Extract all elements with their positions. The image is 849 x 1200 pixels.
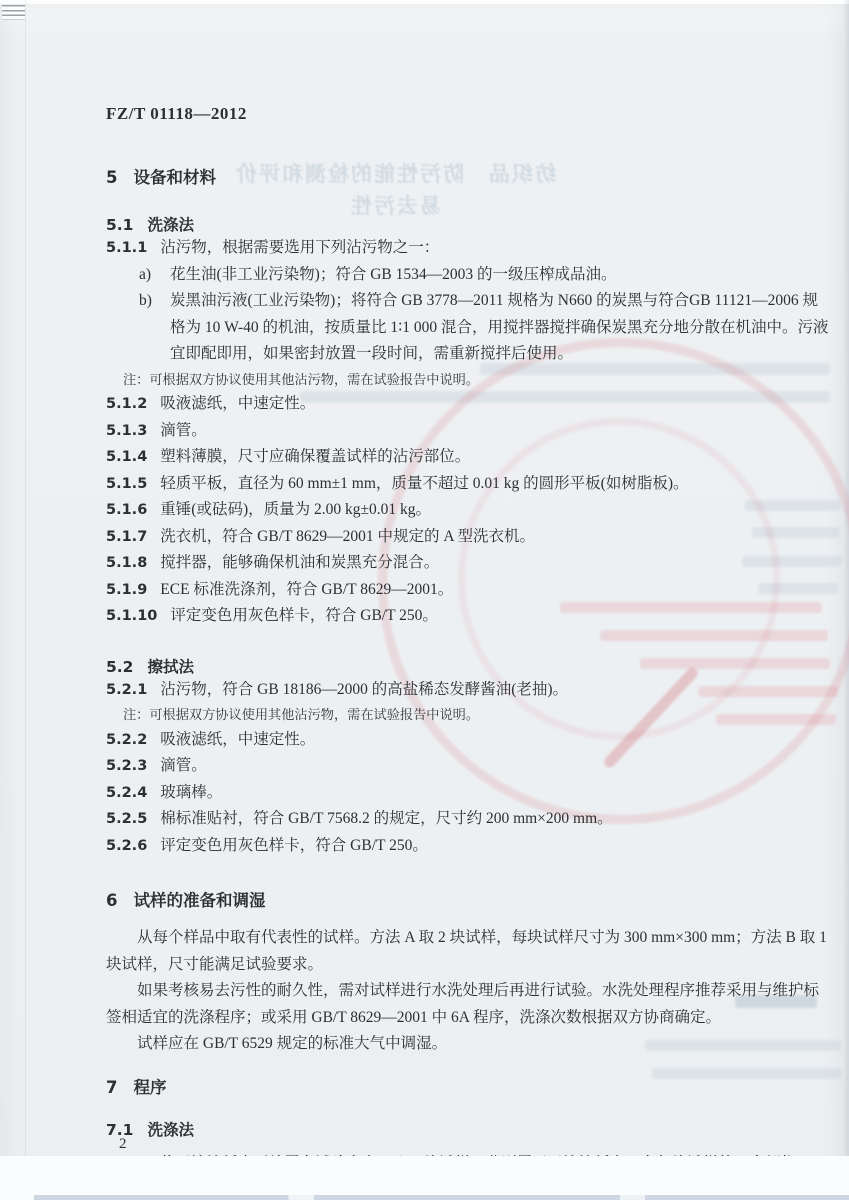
clause-5-2-3: 5.2.3滴管。 (106, 753, 832, 780)
clause-5-1-6: 5.1.6重锤(或砝码)，质量为 2.00 kg±0.01 kg。 (106, 497, 832, 524)
list-text: 炭黑油污液(工业污染物)；将符合 GB 3778—2011 规格为 N660 的… (170, 292, 828, 362)
clause-number: 5.2.6 (106, 838, 147, 854)
paper-crease-line (25, 0, 26, 1160)
clause-number: 5.1.9 (106, 582, 147, 598)
clause-text: 棉标准贴衬，符合 GB/T 7568.2 的规定，尺寸约 200 mm×200 … (160, 810, 612, 827)
section-6-paragraph: 试样应在 GB/T 6529 规定的标准大气中调湿。 (106, 1031, 832, 1058)
section-6-heading: 6试样的准备和调湿 (106, 887, 832, 911)
section-number: 5 (106, 168, 117, 187)
section-title: 程序 (133, 1078, 166, 1097)
clause-5-1-2: 5.1.2吸液滤纸，中速定性。 (106, 391, 832, 418)
clause-5-2-4: 5.2.4玻璃棒。 (106, 780, 832, 807)
standard-code: FZ/T 01118—2012 (106, 104, 832, 124)
section-title: 洗涤法 (147, 216, 194, 234)
clause-5-1-3: 5.1.3滴管。 (106, 418, 832, 445)
section-number: 6 (106, 891, 117, 910)
clause-5-2-1: 5.2.1沾污物，符合 GB 18186—2000 的高盐稀态发酵酱油(老抽)。 (106, 677, 832, 704)
section-7-heading: 7程序 (106, 1074, 832, 1098)
clause-text: 评定变色用灰色样卡，符合 GB/T 250。 (170, 607, 438, 624)
section-5-heading: 5设备和材料 (106, 164, 832, 188)
clause-number: 5.1.7 (106, 529, 147, 545)
clause-5-1-7: 5.1.7洗衣机，符合 GB/T 8629—2001 中规定的 A 型洗衣机。 (106, 524, 832, 551)
scan-bottom-edge (0, 1195, 849, 1200)
clause-number: 5.1.10 (106, 608, 157, 624)
clause-text: 评定变色用灰色样卡，符合 GB/T 250。 (160, 837, 428, 854)
clause-5-2-6: 5.2.6评定变色用灰色样卡，符合 GB/T 250。 (106, 833, 832, 860)
clause-number: 5.2.1 (106, 682, 147, 698)
clause-text: 玻璃棒。 (160, 784, 222, 801)
clause-number: 5.1.4 (106, 449, 147, 465)
clause-text: 轻质平板，直径为 60 mm±1 mm，质量不超过 0.01 kg 的圆形平板(… (160, 475, 688, 492)
clause-5-1-5: 5.1.5轻质平板，直径为 60 mm±1 mm，质量不超过 0.01 kg 的… (106, 471, 832, 498)
clause-text: 沾污物，符合 GB 18186—2000 的高盐稀态发酵酱油(老抽)。 (160, 681, 568, 698)
section-7-1-heading: 7.1洗涤法 (106, 1118, 832, 1140)
clause-text: 滴管。 (160, 757, 207, 774)
scan-top-edge (0, 0, 849, 4)
clause-text: 搅拌器，能够确保机油和炭黑充分混合。 (160, 554, 439, 571)
page-number: 2 (119, 1136, 127, 1153)
section-title: 擦拭法 (147, 658, 194, 676)
list-label: a) (139, 262, 151, 289)
clause-number: 5.1.6 (106, 502, 147, 518)
list-item-a: a)花生油(非工业污染物)；符合 GB 1534—2003 的一级压榨成品油。 (170, 262, 832, 289)
clause-text: 滴管。 (160, 422, 207, 439)
clause-number: 5.1.3 (106, 423, 147, 439)
scanned-standard-page: 纺织品 防污性能的检测和评价 易去污性 FZ/T 01118—2012 5设备和… (0, 0, 849, 1200)
scan-corner-mark (2, 5, 25, 20)
list-text: 花生油(非工业污染物)；符合 GB 1534—2003 的一级压榨成品油。 (170, 266, 616, 283)
section-title: 试样的准备和调湿 (133, 891, 265, 910)
clause-number: 5.1.1 (106, 240, 147, 256)
note-1: 注：可根据双方协议使用其他沾污物，需在试验报告中说明。 (123, 368, 832, 392)
clause-text: 吸液滤纸，中速定性。 (160, 731, 315, 748)
clause-number: 5.1.8 (106, 555, 147, 571)
clause-5-1-8: 5.1.8搅拌器，能够确保机油和炭黑充分混合。 (106, 550, 832, 577)
clause-5-2-2: 5.2.2吸液滤纸，中速定性。 (106, 727, 832, 754)
clause-number: 5.1.2 (106, 396, 147, 412)
clause-text: 沾污物，根据需要选用下列沾污物之一： (160, 239, 439, 256)
section-number: 5.2 (106, 658, 133, 676)
clause-number: 5.2.4 (106, 785, 147, 801)
note-2: 注：可根据双方协议使用其他沾污物，需在试验报告中说明。 (123, 703, 832, 727)
clause-number: 5.2.5 (106, 811, 147, 827)
clause-text: 吸液滤纸，中速定性。 (160, 395, 315, 412)
clause-number: 5.1.5 (106, 476, 147, 492)
list-label: b) (139, 288, 152, 315)
clause-5-1-4: 5.1.4塑料薄膜，尺寸应确保覆盖试样的沾污部位。 (106, 444, 832, 471)
section-6-paragraph: 如果考核易去污性的耐久性，需对试样进行水洗处理后再进行试验。水洗处理程序推荐采用… (106, 978, 832, 1031)
section-5-1-heading: 5.1洗涤法 (106, 213, 832, 235)
section-number: 5.1 (106, 216, 133, 234)
section-5-2-heading: 5.2擦拭法 (106, 655, 832, 677)
list-item-b: b)炭黑油污液(工业污染物)；将符合 GB 3778—2011 规格为 N660… (170, 288, 832, 368)
clause-5-2-5: 5.2.5棉标准贴衬，符合 GB/T 7568.2 的规定，尺寸约 200 mm… (106, 806, 832, 833)
clause-5-1-1: 5.1.1沾污物，根据需要选用下列沾污物之一： (106, 235, 832, 262)
clause-5-1-9: 5.1.9ECE 标准洗涤剂，符合 GB/T 8629—2001。 (106, 577, 832, 604)
section-title: 设备和材料 (133, 168, 216, 187)
document-content: FZ/T 01118—2012 5设备和材料 5.1洗涤法 5.1.1沾污物，根… (106, 104, 832, 1177)
clause-text: 塑料薄膜，尺寸应确保覆盖试样的沾污部位。 (160, 448, 470, 465)
clause-text: 洗衣机，符合 GB/T 8629—2001 中规定的 A 型洗衣机。 (160, 528, 535, 545)
scan-bottom-margin (0, 1156, 849, 1200)
section-6-paragraph: 从每个样品中取有代表性的试样。方法 A 取 2 块试样，每块试样尺寸为 300 … (106, 925, 832, 978)
clause-text: 重锤(或砝码)，质量为 2.00 kg±0.01 kg。 (160, 501, 431, 518)
clause-number: 5.2.2 (106, 732, 147, 748)
clause-number: 5.2.3 (106, 758, 147, 774)
clause-text: ECE 标准洗涤剂，符合 GB/T 8629—2001。 (160, 581, 453, 598)
section-title: 洗涤法 (147, 1121, 194, 1139)
section-number: 7 (106, 1078, 117, 1097)
clause-5-1-10: 5.1.10评定变色用灰色样卡，符合 GB/T 250。 (106, 603, 832, 630)
